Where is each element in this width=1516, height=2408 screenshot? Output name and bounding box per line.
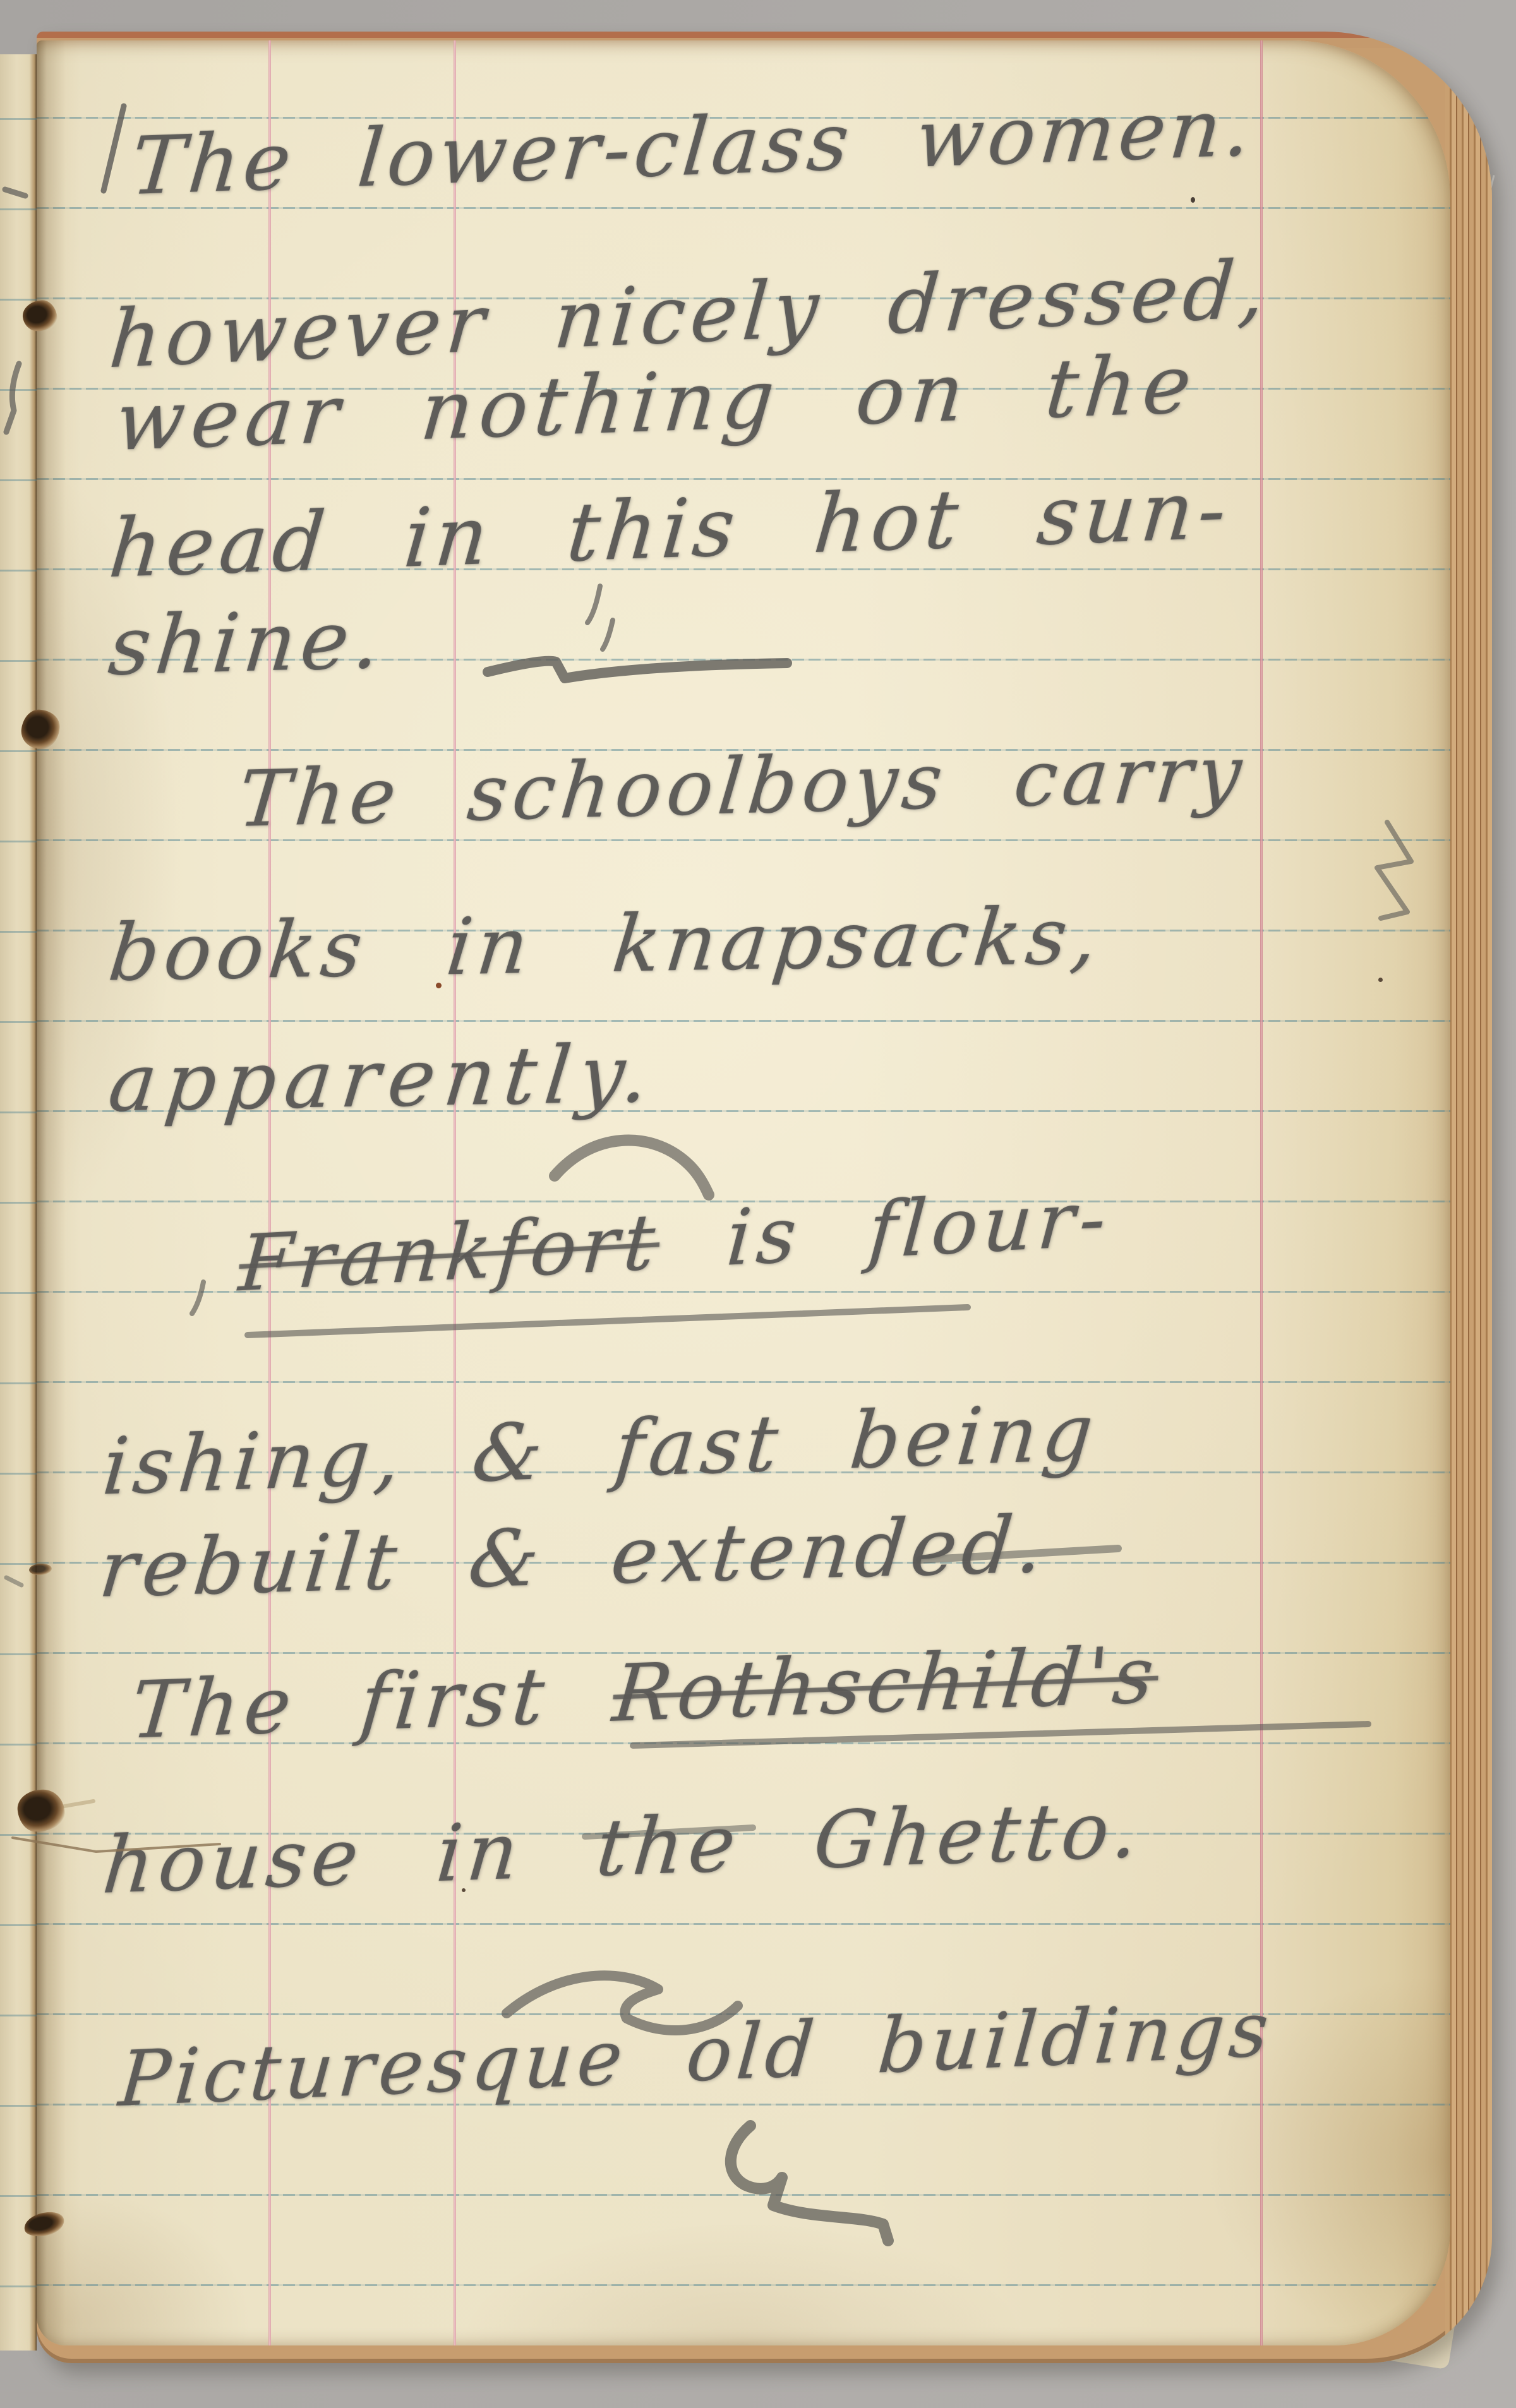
struck-word: Rothschild's <box>610 1629 1162 1740</box>
paper-speck <box>1378 978 1383 982</box>
page-edge-striations <box>1445 32 1492 2363</box>
scanned-notebook-photo: The lower-class women.however nicely dre… <box>0 0 1516 2408</box>
paper-speck <box>462 1888 466 1892</box>
handwritten-line: apparently. <box>104 1027 661 1129</box>
facing-page-edge <box>0 54 37 2351</box>
handwritten-line: books in knapsacks, <box>105 890 1107 999</box>
handwritten-line: shine. <box>105 592 389 694</box>
paper-speck <box>1191 197 1195 203</box>
facing-page-ruled-lines <box>0 54 37 2351</box>
rust-speck <box>436 983 442 988</box>
notebook-page: The lower-class women.however nicely dre… <box>37 40 1450 2345</box>
